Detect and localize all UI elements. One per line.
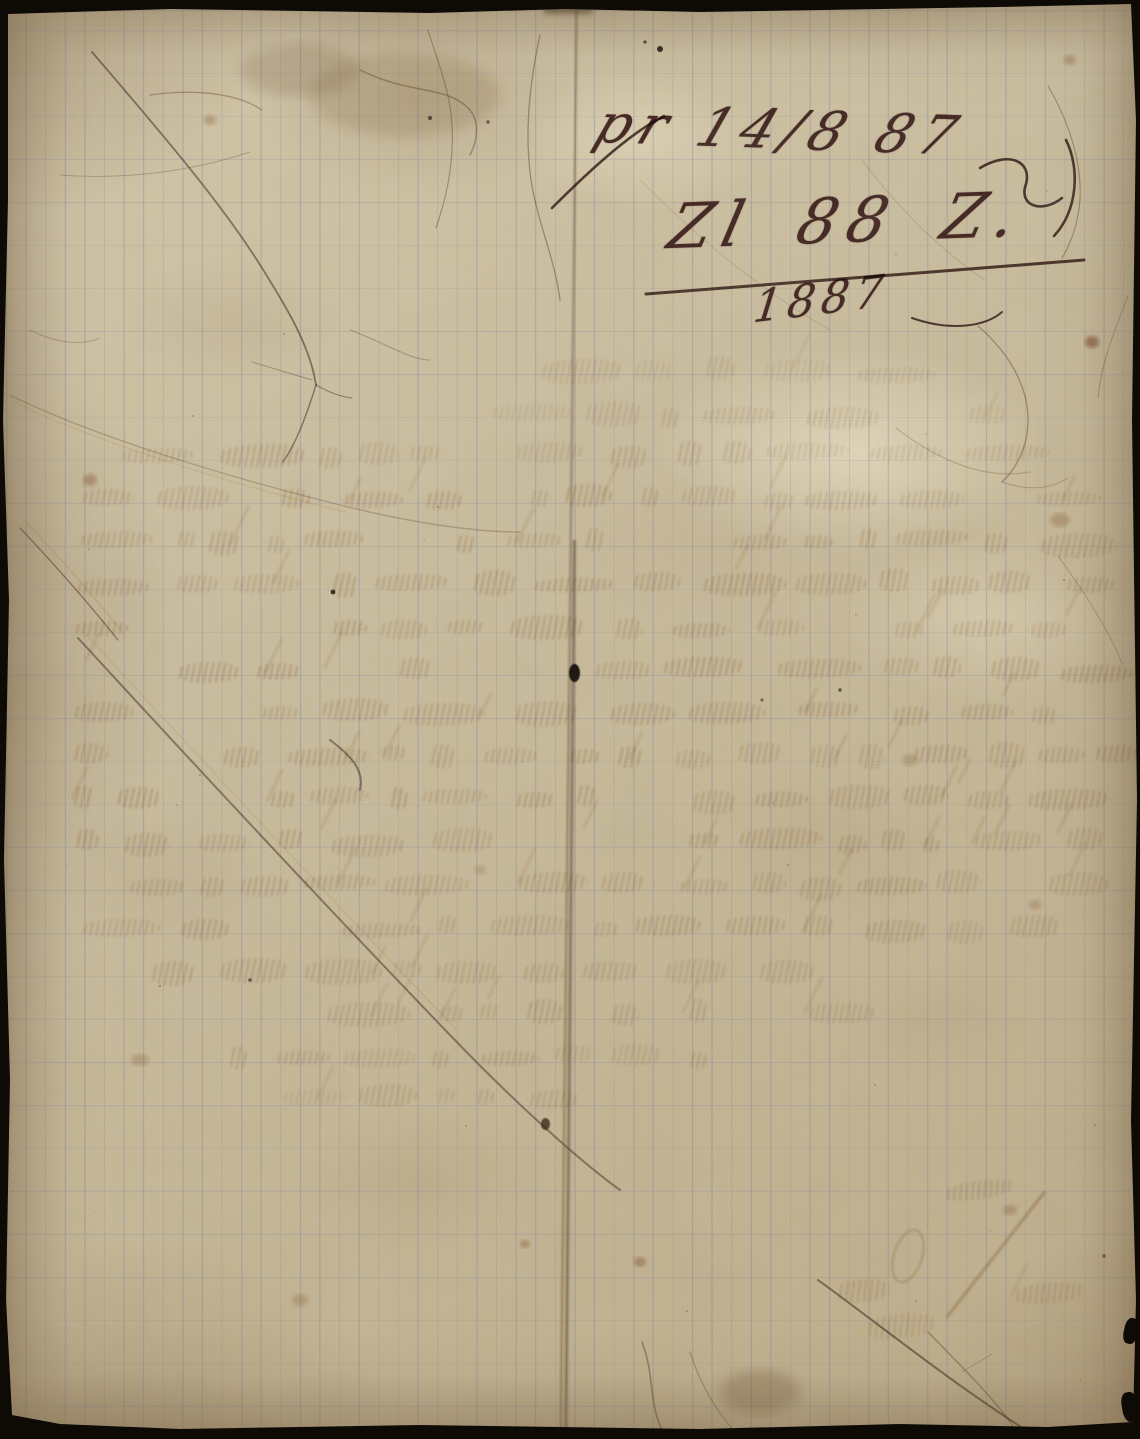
scan-background: pr 14/8 87 Zl 88 Z. 1887	[0, 0, 1140, 1439]
fold-small-blot	[541, 1118, 550, 1130]
document-page: pr 14/8 87 Zl 88 Z. 1887	[0, 0, 1140, 1439]
fold-ink-blot	[569, 664, 580, 682]
fold-top-smudge	[544, 0, 592, 14]
